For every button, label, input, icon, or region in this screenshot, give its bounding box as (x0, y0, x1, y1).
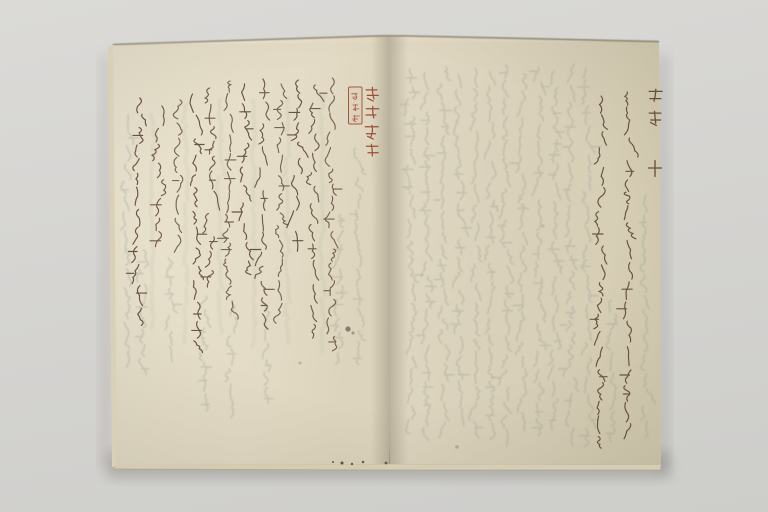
photo-scene (0, 0, 768, 512)
manuscript-photo: 殘夏 十 己巳五月 十六日 (0, 0, 768, 512)
date-stamp (349, 87, 363, 124)
